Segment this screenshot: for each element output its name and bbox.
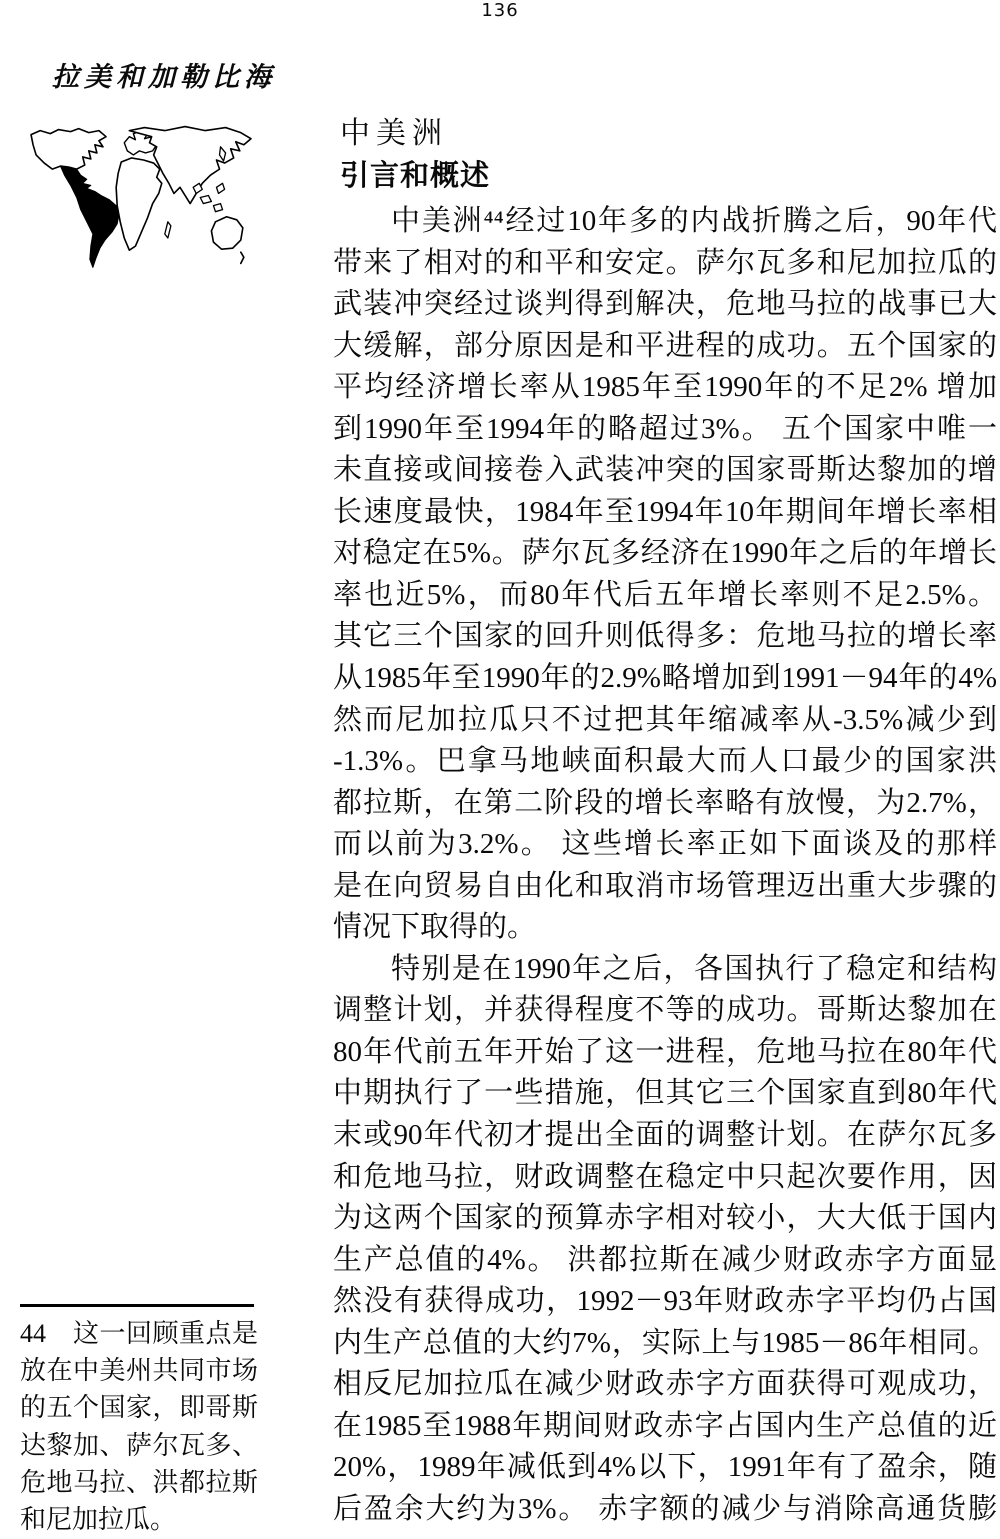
footnote-line: 的五个国家，即哥斯 bbox=[20, 1389, 258, 1426]
section-title: 拉美和加勒比海 bbox=[52, 55, 276, 94]
body-text-line: 率也近5%，而80年代后五年增长率则不足2.5%。 bbox=[333, 575, 997, 617]
body-text-line: -1.3%。巴拿马地峡面积最大而人口最少的国家洪 bbox=[333, 741, 997, 783]
body-text-line: 未直接或间接卷入武装冲突的国家哥斯达黎加的增 bbox=[333, 450, 997, 492]
body-text-line: 后盈余大约为3%。 赤字额的减少与消除高通货膨 bbox=[333, 1489, 997, 1531]
article-title: 中美洲 bbox=[340, 108, 448, 152]
body-text-line: 是在向贸易自由化和取消市场管理迈出重大步骤的 bbox=[333, 866, 997, 908]
body-text-line: 中期执行了一些措施，但其它三个国家直到80年代 bbox=[333, 1073, 997, 1115]
body-text-line: 其它三个国家的回升则低得多：危地马拉的增长率 bbox=[333, 616, 997, 658]
footnote-line: 危地马拉、洪都拉斯 bbox=[20, 1464, 258, 1501]
body-text-line: 而以前为3.2%。 这些增长率正如下面谈及的那样 bbox=[333, 824, 997, 866]
island-outline bbox=[216, 183, 224, 193]
footnote: 44 这一回顾重点是 放在中美州共同市场 的五个国家，即哥斯 达黎加、萨尔瓦多、… bbox=[20, 1315, 258, 1538]
page-number: 136 bbox=[0, 0, 1000, 21]
world-map-icon bbox=[28, 124, 256, 272]
document-page: 136 拉美和加勒比海 中美洲 引言和概述 中美洲⁴⁴经过10年多的内战折腾之后… bbox=[0, 0, 1000, 1539]
body-text-line: 都拉斯，在第二阶段的增长率略有放慢，为2.7%， bbox=[333, 783, 997, 825]
body-text-line: 中美洲⁴⁴经过10年多的内战折腾之后，90年代 bbox=[333, 201, 997, 243]
island-outline bbox=[200, 195, 211, 203]
madagascar-outline bbox=[165, 222, 171, 238]
body-text-line: 平均经济增长率从1985年至1990年的不足2% 增加 bbox=[333, 367, 997, 409]
footnote-line: 达黎加、萨尔瓦多、 bbox=[20, 1427, 258, 1464]
body-text-line: 相反尼加拉瓜在减少财政赤字方面获得可观成功， bbox=[333, 1364, 997, 1406]
body-text-line: 长速度最快，1984年至1994年10年期间年增长率相 bbox=[333, 492, 997, 534]
australia-outline bbox=[211, 217, 242, 249]
latin-america-region bbox=[60, 166, 119, 267]
body-text-line: 20%，1989年减低到4%以下，1991年有了盈余，随 bbox=[333, 1447, 997, 1489]
article-body: 中美洲⁴⁴经过10年多的内战折腾之后，90年代 带来了相对的和平和安定。萨尔瓦多… bbox=[333, 201, 997, 1531]
north-america-outline bbox=[31, 129, 106, 170]
footnote-line: 和尼加拉瓜。 bbox=[20, 1501, 258, 1538]
new-zealand-outline bbox=[241, 252, 244, 263]
island-outline bbox=[213, 204, 222, 212]
africa-outline bbox=[116, 158, 162, 250]
article-heading: 引言和概述 bbox=[340, 153, 490, 194]
body-text-line: 然没有获得成功，1992－93年财政赤字平均仍占国 bbox=[333, 1281, 997, 1323]
body-text-line: 特别是在1990年之后，各国执行了稳定和结构 bbox=[333, 949, 997, 991]
body-text-line: 到1990年至1994年的略超过3%。 五个国家中唯一 bbox=[333, 409, 997, 451]
body-text-line: 为这两个国家的预算赤字相对较小，大大低于国内 bbox=[333, 1198, 997, 1240]
body-text-line: 带来了相对的和平和安定。萨尔瓦多和尼加拉瓜的 bbox=[333, 243, 997, 285]
body-text-line: 武装冲突经过谈判得到解决，危地马拉的战事已大 bbox=[333, 284, 997, 326]
body-text-line: 情况下取得的。 bbox=[333, 907, 997, 949]
body-text-line: 80年代前五年开始了这一进程，危地马拉在80年代 bbox=[333, 1032, 997, 1074]
body-text-line: 从1985年至1990年的2.9%略增加到1991－94年的4% bbox=[333, 658, 997, 700]
body-text-line: 在1985至1988年期间财政赤字占国内生产总值的近 bbox=[333, 1406, 997, 1448]
footnote-line: 放在中美州共同市场 bbox=[20, 1352, 258, 1389]
body-text-line: 生产总值的4%。 洪都拉斯在减少财政赤字方面显 bbox=[333, 1240, 997, 1282]
body-text-line: 调整计划，并获得程度不等的成功。哥斯达黎加在 bbox=[333, 990, 997, 1032]
body-text-line: 和危地马拉，财政调整在稳定中只起次要作用，因 bbox=[333, 1157, 997, 1199]
body-text-line: 内生产总值的大约7%，实际上与1985－86年相同。 bbox=[333, 1323, 997, 1365]
body-text-line: 然而尼加拉瓜只不过把其年缩减率从-3.5%减少到 bbox=[333, 700, 997, 742]
body-text-line: 大缓解，部分原因是和平进程的成功。五个国家的 bbox=[333, 326, 997, 368]
footnote-divider bbox=[20, 1304, 254, 1307]
body-text-line: 对稳定在5%。萨尔瓦多经济在1990年之后的年增长 bbox=[333, 533, 997, 575]
footnote-line: 44 这一回顾重点是 bbox=[20, 1315, 258, 1352]
body-text-line: 末或90年代初才提出全面的调整计划。在萨尔瓦多 bbox=[333, 1115, 997, 1157]
